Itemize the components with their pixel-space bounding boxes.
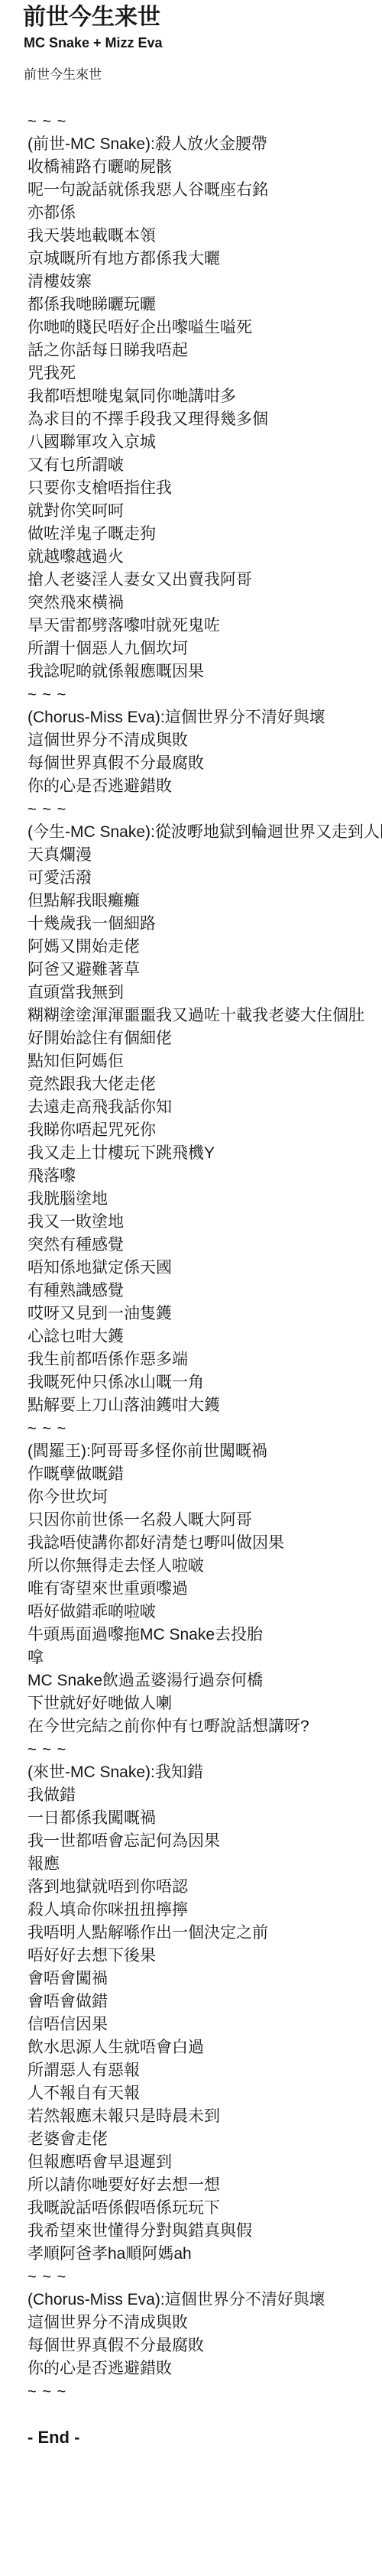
lyric-line: 我又走上廿樓玩下跳飛機Y bbox=[28, 1142, 382, 1165]
lyric-section-next-life-verse: (來世-MC Snake):我知錯我做錯一日都係我闖嘅禍我一世都唔會忘記何為因果… bbox=[28, 1761, 382, 2266]
lyric-line: (Chorus-Miss Eva):這個世界分不清好與壞 bbox=[28, 2289, 382, 2312]
lyric-line: 每個世界真假不分最腐敗 bbox=[28, 2334, 382, 2357]
lyric-line: 飲水思源人生就唔會白過 bbox=[28, 2036, 382, 2059]
lyric-line: 阿媽又開始走佬 bbox=[28, 936, 382, 959]
lyric-line: 搶人老婆淫人妻女又出賣我阿哥 bbox=[28, 569, 382, 592]
lyric-line: 會唔會闖禍 bbox=[28, 1968, 382, 1990]
lyric-line: 可愛活潑 bbox=[28, 867, 382, 890]
lyric-line: 京城嘅所有地方都係我大曬 bbox=[28, 248, 382, 271]
lyric-line: 心諗乜咁大鑊 bbox=[28, 1325, 382, 1348]
lyric-line: 糊糊塗塗渾渾噩噩我又過咗十載我老婆大住個肚 bbox=[28, 1004, 382, 1027]
lyric-line: 所謂惡人有惡報 bbox=[28, 2059, 382, 2082]
lyric-line: 孝順阿爸孝ha順阿媽ah bbox=[28, 2243, 382, 2266]
lyric-line: 只因你前世係一名殺人嘅大阿哥 bbox=[28, 1509, 382, 1532]
lyric-line: 我希望來世懂得分對與錯真與假 bbox=[28, 2220, 382, 2243]
lyric-line: 若然報應未報只是時晨未到 bbox=[28, 2105, 382, 2128]
lyric-line: 我又一敗塗地 bbox=[28, 1211, 382, 1234]
lyric-line: (前世-MC Snake):殺人放火金腰帶 bbox=[28, 133, 382, 156]
lyric-line: 我天裝地載嘅本領 bbox=[28, 225, 382, 248]
lyric-line: 我諗唔使講你都好清楚乜嘢叫做因果 bbox=[28, 1532, 382, 1555]
lyric-section-chorus-1: (Chorus-Miss Eva):這個世界分不清好與壞這個世界分不清成與敗每個… bbox=[28, 706, 382, 798]
lyric-line: 下世就好好哋做人喇 bbox=[28, 1692, 382, 1715]
lyric-line: 清樓妓寨 bbox=[28, 271, 382, 294]
lyric-line: 老婆會走佬 bbox=[28, 2128, 382, 2151]
lyric-line: 好開始諗住有個細佬 bbox=[28, 1027, 382, 1050]
lyric-line: 就越嚟越過火 bbox=[28, 546, 382, 569]
lyric-line: 這個世界分不清成與敗 bbox=[28, 729, 382, 752]
section-separator: ~ ~ ~ bbox=[28, 683, 382, 706]
lyric-line: 我生前都唔係作惡多端 bbox=[28, 1348, 382, 1371]
lyric-line: 就對你笑呵呵 bbox=[28, 500, 382, 523]
lyric-line: 唔好做錯乖啲啦啵 bbox=[28, 1601, 382, 1624]
blank-line bbox=[28, 2403, 382, 2426]
lyric-line: 竟然跟我大佬走佬 bbox=[28, 1073, 382, 1096]
lyric-line: 十幾歲我一個細路 bbox=[28, 913, 382, 936]
lyric-line: 天真爛漫 bbox=[28, 844, 382, 867]
lyric-line: (閻羅王):阿哥哥多怪你前世闖嘅禍 bbox=[28, 1440, 382, 1463]
lyric-line: 你的心是否逃避錯敗 bbox=[28, 2357, 382, 2380]
lyric-line: 我睇你唔起咒死你 bbox=[28, 1119, 382, 1142]
lyric-line: 旱天雷都劈落嚟咁就死鬼咗 bbox=[28, 615, 382, 638]
lyric-line: 八國聯軍攻入京城 bbox=[28, 431, 382, 454]
lyric-line: 做咗洋鬼子嘅走狗 bbox=[28, 523, 382, 546]
lyric-line: 阿爸又避難著草 bbox=[28, 959, 382, 981]
lyric-line: 我一世都唔會忘記何為因果 bbox=[28, 1830, 382, 1853]
lyrics: ~ ~ ~(前世-MC Snake):殺人放火金腰帶收橋補路冇曬啲屍骸呢一句說話… bbox=[23, 110, 382, 2449]
lyric-line: 會唔會做錯 bbox=[28, 1990, 382, 2013]
lyric-line: 我唔明人點解喺作出一個決定之前 bbox=[28, 1922, 382, 1945]
artist-name: MC Snake + Mizz Eva bbox=[24, 34, 382, 52]
lyric-line: 咒我死 bbox=[28, 362, 382, 385]
section-separator: ~ ~ ~ bbox=[28, 110, 382, 133]
section-separator: ~ ~ ~ bbox=[28, 2266, 382, 2289]
lyric-line: 嗱 bbox=[28, 1646, 382, 1669]
lyric-line: 我都唔想嘥鬼氣同你哋講咁多 bbox=[28, 385, 382, 408]
end-label: - End - bbox=[28, 2426, 382, 2449]
lyric-line: 唔知係地獄定係天國 bbox=[28, 1257, 382, 1280]
lyric-line: 在今世完結之前你仲有乜嘢說話想講呀? bbox=[28, 1715, 382, 1738]
lyric-line: 牛頭馬面過嚟拖MC Snake去投胎 bbox=[28, 1624, 382, 1646]
lyric-line: 話之你話每日睇我唔起 bbox=[28, 339, 382, 362]
lyric-section-king-yama-verse: (閻羅王):阿哥哥多怪你前世闖嘅禍作嘅孽做嘅錯你今世坎坷只因你前世係一名殺人嘅大… bbox=[28, 1440, 382, 1738]
lyrics-page: 前世今生来世 MC Snake + Mizz Eva 前世今生來世 ~ ~ ~(… bbox=[0, 0, 382, 2576]
lyric-line: 所以請你哋要好好去想一想 bbox=[28, 2174, 382, 2197]
section-separator: ~ ~ ~ bbox=[28, 798, 382, 821]
lyric-line: 信唔信因果 bbox=[28, 2013, 382, 2036]
lyric-line: 但報應唔會早退遲到 bbox=[28, 2151, 382, 2174]
lyric-section-chorus-2: (Chorus-Miss Eva):這個世界分不清好與壞這個世界分不清成與敗每個… bbox=[28, 2289, 382, 2380]
song-name: 前世今生來世 bbox=[24, 66, 382, 84]
lyric-line: 作嘅孽做嘅錯 bbox=[28, 1463, 382, 1486]
lyric-line: 所以你無得走去怪人啦啵 bbox=[28, 1555, 382, 1578]
lyric-line: 去遠走高飛我話你知 bbox=[28, 1096, 382, 1119]
lyric-line: 呢一句說話就係我惡人谷嘅座右銘 bbox=[28, 179, 382, 202]
lyric-line: (今生-MC Snake):從波嘢地獄到輪迴世界又走到人間 bbox=[28, 821, 382, 844]
lyric-line: 人不報自有天報 bbox=[28, 2082, 382, 2105]
lyric-line: 殺人填命你咪扭扭擰擰 bbox=[28, 1899, 382, 1922]
lyric-line: MC Snake飲過孟婆湯行過奈何橋 bbox=[28, 1669, 382, 1692]
lyric-line: 只要你支槍唔指住我 bbox=[28, 477, 382, 500]
page-title: 前世今生来世 bbox=[23, 3, 382, 32]
lyric-line: 我諗呢啲就係報應嘅因果 bbox=[28, 660, 382, 683]
lyric-line: 唯有寄望來世重頭嚟過 bbox=[28, 1578, 382, 1601]
lyric-line: 你的心是否逃避錯敗 bbox=[28, 775, 382, 798]
section-separator: ~ ~ ~ bbox=[28, 1417, 382, 1440]
lyric-line: 哎呀又見到一油隻鑊 bbox=[28, 1303, 382, 1325]
lyric-line: 我嘅說話唔係假唔係玩玩下 bbox=[28, 2197, 382, 2220]
lyric-line: 我嘅死仲只係冰山嘅一角 bbox=[28, 1371, 382, 1394]
lyric-line: 報應 bbox=[28, 1853, 382, 1876]
lyric-section-past-life-verse: (前世-MC Snake):殺人放火金腰帶收橋補路冇曬啲屍骸呢一句說話就係我惡人… bbox=[28, 133, 382, 683]
lyric-line: 突然有種感覺 bbox=[28, 1234, 382, 1257]
lyric-line: 你哋啲賤民唔好企出嚟嗌生嗌死 bbox=[28, 316, 382, 339]
lyric-line: 收橋補路冇曬啲屍骸 bbox=[28, 156, 382, 179]
lyric-line: 每個世界真假不分最腐敗 bbox=[28, 752, 382, 775]
lyric-line: 你今世坎坷 bbox=[28, 1486, 382, 1509]
lyric-line: 飛落嚟 bbox=[28, 1165, 382, 1188]
section-separator: ~ ~ ~ bbox=[28, 1738, 382, 1761]
lyric-section-present-life-verse: (今生-MC Snake):從波嘢地獄到輪迴世界又走到人間天真爛漫可愛活潑但點解… bbox=[28, 821, 382, 1417]
lyric-line: 點解要上刀山落油鑊咁大鑊 bbox=[28, 1394, 382, 1417]
lyric-line: 為求目的不擇手段我又理得幾多個 bbox=[28, 408, 382, 431]
lyric-line: 都係我哋睇曬玩曬 bbox=[28, 294, 382, 316]
lyric-line: 有種熟識感覺 bbox=[28, 1280, 382, 1303]
section-separator: ~ ~ ~ bbox=[28, 2380, 382, 2403]
lyric-line: 我胱腦塗地 bbox=[28, 1188, 382, 1211]
lyric-line: 直頭當我無到 bbox=[28, 981, 382, 1004]
lyric-line: 點知佢阿媽佢 bbox=[28, 1050, 382, 1073]
lyric-line: 我做錯 bbox=[28, 1784, 382, 1807]
lyric-line: 又有乜所謂啵 bbox=[28, 454, 382, 477]
lyric-line: (Chorus-Miss Eva):這個世界分不清好與壞 bbox=[28, 706, 382, 729]
lyric-line: 但點解我眼癱癱 bbox=[28, 890, 382, 913]
lyric-line: 唔好好去想下後果 bbox=[28, 1945, 382, 1968]
lyric-line: 突然飛來橫禍 bbox=[28, 592, 382, 615]
lyric-line: 這個世界分不清成與敗 bbox=[28, 2312, 382, 2334]
lyric-line: 亦都係 bbox=[28, 202, 382, 225]
lyric-line: (來世-MC Snake):我知錯 bbox=[28, 1761, 382, 1784]
lyric-line: 一日都係我闖嘅禍 bbox=[28, 1807, 382, 1830]
lyric-line: 所謂十個惡人九個坎坷 bbox=[28, 638, 382, 660]
lyric-line: 落到地獄就唔到你唔認 bbox=[28, 1876, 382, 1899]
